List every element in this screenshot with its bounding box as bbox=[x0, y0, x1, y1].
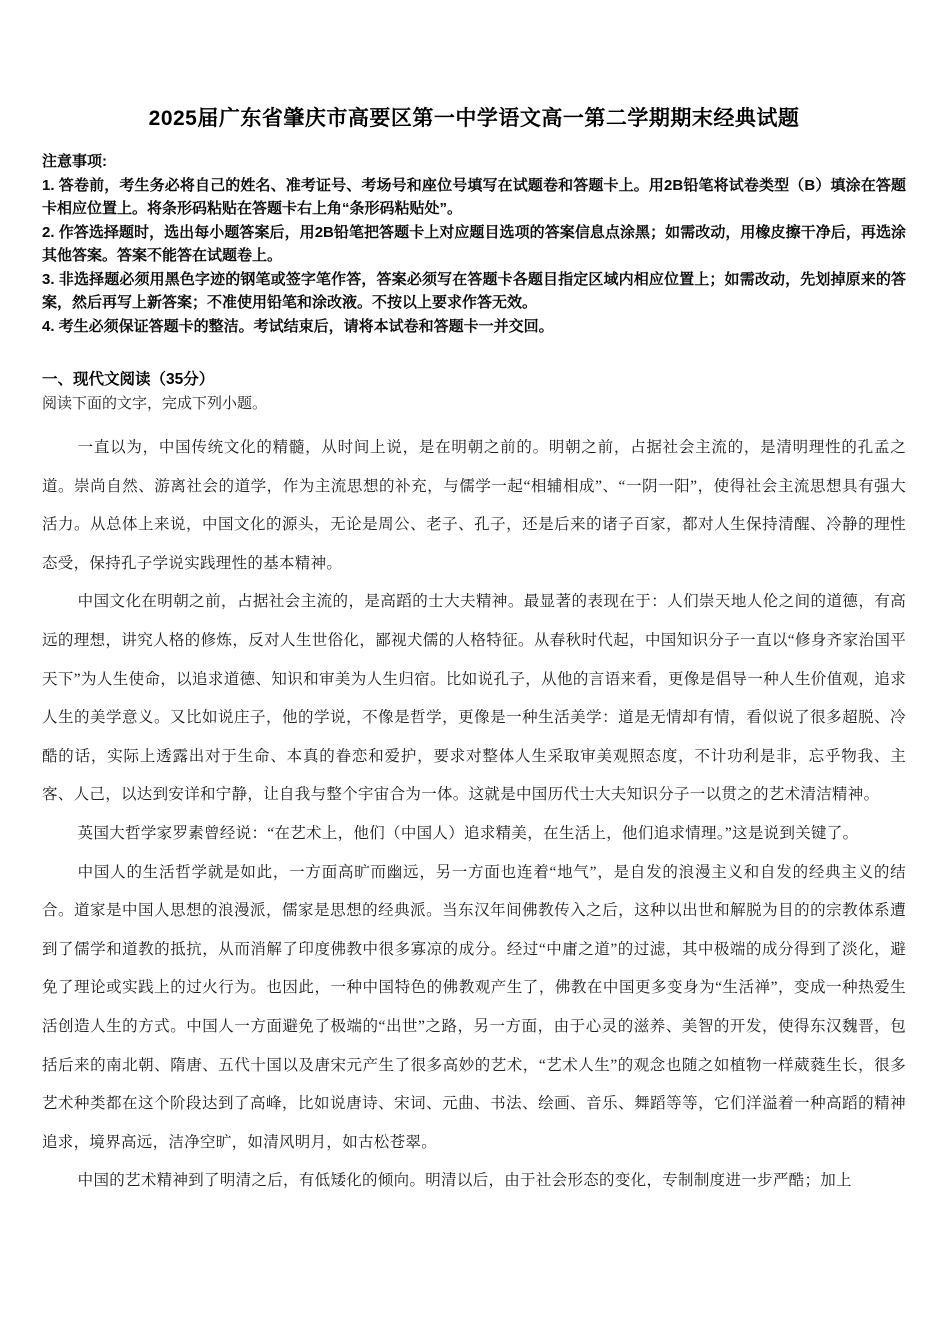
notice-item-1: 1. 答卷前，考生务必将自己的姓名、准考证号、考场号和座位号填写在试题卷和答题卡… bbox=[42, 174, 906, 221]
notice-item-3: 3. 非选择题必须用黑色字迹的钢笔或签字笔作答，答案必须写在答题卡各题目指定区域… bbox=[42, 268, 906, 315]
passage-paragraph: 一直以为，中国传统文化的精髓，从时间上说，是在明朝之前的。明朝之前，占据社会主流… bbox=[42, 429, 906, 583]
modern-reading-section: 一、现代文阅读（35分） 阅读下面的文字，完成下列小题。 bbox=[42, 368, 906, 416]
passage-paragraph: 英国大哲学家罗素曾经说：“在艺术上，他们（中国人）追求精美，在生活上，他们追求情… bbox=[42, 815, 906, 854]
notice-item-4: 4. 考生必须保证答题卡的整洁。考试结束后，请将本试卷和答题卡一并交回。 bbox=[42, 315, 906, 339]
exam-paper-page: 2025届广东省肇庆市高要区第一中学语文高一第二学期期末经典试题 注意事项: 1… bbox=[0, 0, 950, 1344]
passage-paragraph: 中国人的生活哲学就是如此，一方面高旷而幽远，另一方面也连着“地气”，是自发的浪漫… bbox=[42, 854, 906, 1163]
section-heading: 一、现代文阅读（35分） bbox=[42, 368, 906, 392]
section-instruction: 阅读下面的文字，完成下列小题。 bbox=[42, 392, 906, 416]
passage-paragraph: 中国文化在明朝之前，占据社会主流的，是高蹈的士大夫精神。最显著的表现在于：人们崇… bbox=[42, 583, 906, 815]
reading-passage: 一直以为，中国传统文化的精髓，从时间上说，是在明朝之前的。明朝之前，占据社会主流… bbox=[42, 429, 906, 1201]
passage-paragraph: 中国的艺术精神到了明清之后，有低矮化的倾向。明清以后，由于社会形态的变化，专制制… bbox=[42, 1162, 906, 1201]
notice-item-2: 2. 作答选择题时，选出每小题答案后，用2B铅笔把答题卡上对应题目选项的答案信息… bbox=[42, 221, 906, 268]
notice-section: 注意事项: 1. 答卷前，考生务必将自己的姓名、准考证号、考场号和座位号填写在试… bbox=[42, 150, 906, 338]
notice-label: 注意事项: bbox=[42, 150, 906, 174]
page-title: 2025届广东省肇庆市高要区第一中学语文高一第二学期期末经典试题 bbox=[42, 104, 906, 134]
